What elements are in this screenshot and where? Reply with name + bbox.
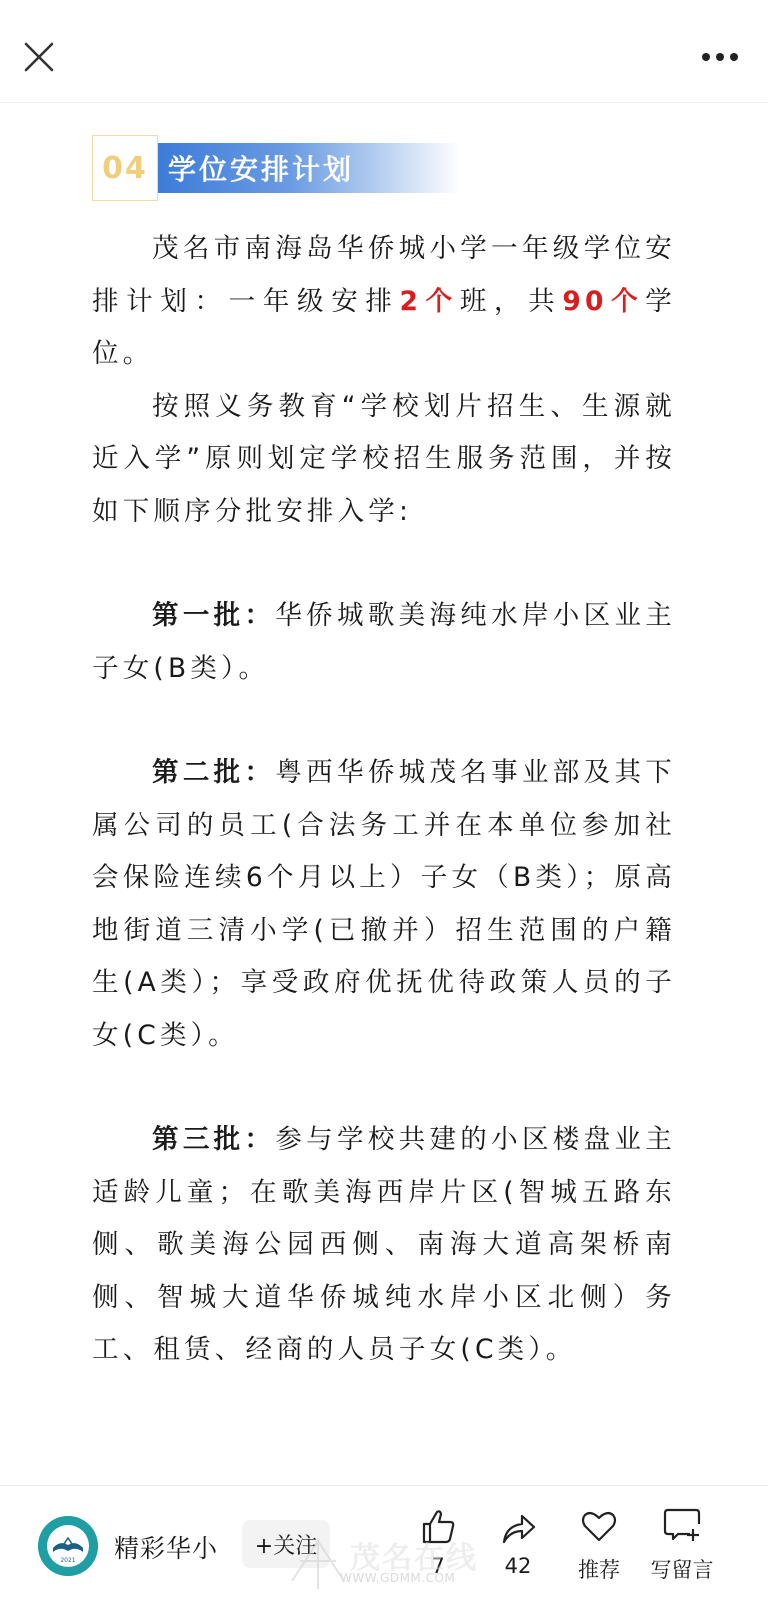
section-title-bar: 学位安排计划 (150, 143, 460, 193)
class-count-highlight: 2个 (400, 286, 460, 317)
paragraph-batch-3: 第三批：参与学校共建的小区楼盘业主适龄儿童；在歌美海西岸片区(智城五路东侧、歌美… (92, 1114, 676, 1377)
section-title: 学位安排计划 (168, 148, 354, 188)
like-button[interactable]: 7 (398, 1506, 478, 1590)
section-number-badge: 04 (92, 135, 158, 201)
account-avatar[interactable]: 2021 (38, 1516, 98, 1576)
school-logo-icon: 2021 (38, 1516, 98, 1576)
recommend-label: 推荐 (559, 1554, 639, 1584)
paragraph-principle: 按照义务教育“学校划片招生、生源就近入学”原则划定学校招生服务范围，并按如下顺序… (92, 381, 676, 539)
more-options-button[interactable] (698, 40, 746, 74)
share-button[interactable]: 42 (478, 1506, 558, 1590)
more-horizontal-icon (698, 40, 746, 74)
article-body: 04 学位安排计划 茂名市南海岛华侨城小学一年级学位安排计划：一年级安排2个班，… (92, 103, 676, 1377)
paragraph-batch-2: 第二批：粤西华侨城茂名事业部及其下属公司的员工(合法务工并在本单位参加社会保险连… (92, 747, 676, 1062)
batch-2-text: 粤西华侨城茂名事业部及其下属公司的员工(合法务工并在本单位参加社会保险连续6个月… (92, 757, 676, 1051)
account-name[interactable]: 精彩华小 (114, 1529, 218, 1565)
write-comment-label: 写留言 (642, 1554, 722, 1584)
batch-3-text: 参与学校共建的小区楼盘业主适龄儿童；在歌美海西岸片区(智城五路东侧、歌美海公园西… (92, 1124, 676, 1365)
thumbs-up-icon (418, 1506, 458, 1546)
paragraph-plan: 茂名市南海岛华侨城小学一年级学位安排计划：一年级安排2个班，共90个学位。 (92, 223, 676, 381)
section-header: 04 学位安排计划 (92, 135, 676, 201)
recommend-button[interactable]: 推荐 (559, 1506, 639, 1590)
close-button[interactable] (18, 36, 60, 78)
heart-icon (579, 1506, 619, 1546)
share-icon (498, 1506, 538, 1546)
plan-text: 班，共 (460, 286, 563, 317)
share-count: 42 (478, 1554, 558, 1578)
bottom-bar: 2021 精彩华小 +关注 7 42 推荐 写留言 (0, 1485, 768, 1600)
paragraph-batch-1: 第一批：华侨城歌美海纯水岸小区业主子女(B类）。 (92, 590, 676, 695)
write-comment-button[interactable]: 写留言 (642, 1506, 722, 1590)
follow-button[interactable]: +关注 (242, 1520, 330, 1568)
close-icon (18, 36, 60, 78)
svg-text:2021: 2021 (60, 1557, 75, 1564)
section-number: 04 (102, 151, 148, 186)
comment-add-icon (662, 1506, 702, 1546)
top-bar (0, 0, 768, 103)
batch-3-label: 第三批： (152, 1124, 275, 1155)
seat-count-highlight: 90个 (562, 286, 645, 317)
batch-1-label: 第一批： (152, 600, 275, 631)
batch-2-label: 第二批： (152, 757, 275, 788)
like-count: 7 (398, 1554, 478, 1578)
